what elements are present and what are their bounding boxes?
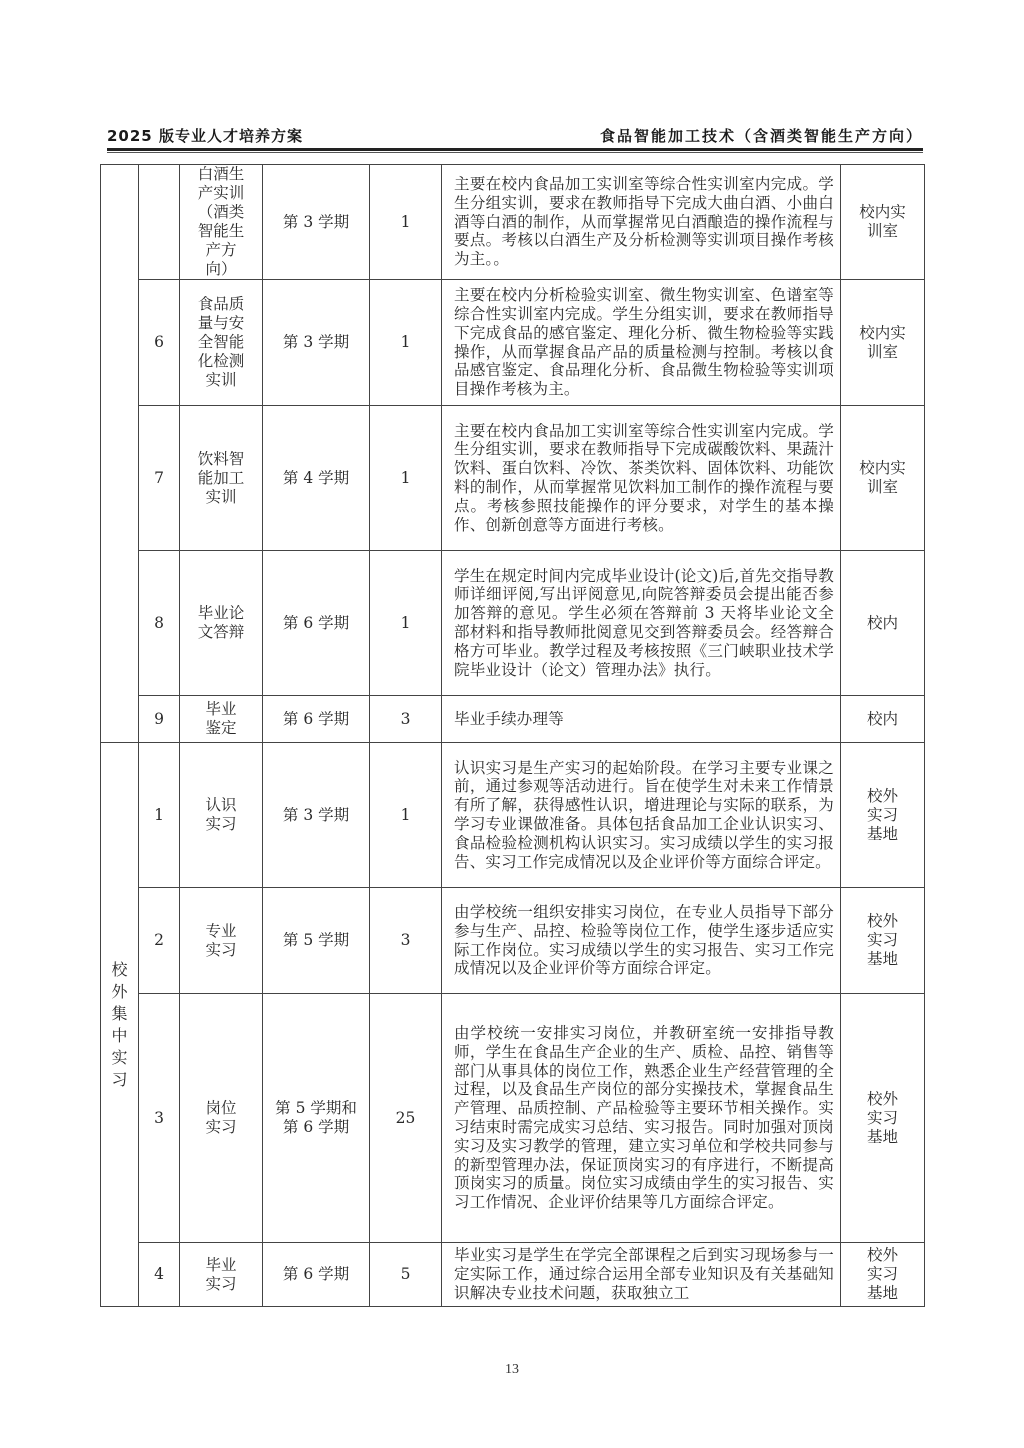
- semester: 第 3 学期: [263, 165, 370, 280]
- location: 校外实习基地: [841, 888, 925, 994]
- semester: 第 6 学期: [263, 551, 370, 696]
- course-name: 毕业鉴定: [180, 696, 263, 743]
- row-number: 7: [139, 406, 180, 551]
- table-row: 白酒生产实训（酒类智能生产方向） 第 3 学期 1 主要在校内食品加工实训室等综…: [101, 165, 925, 280]
- course-name: 毕业实习: [180, 1243, 263, 1307]
- semester: 第 5 学期和第 6 学期: [263, 994, 370, 1243]
- location: 校外实习基地: [841, 743, 925, 888]
- category-cell: 校外集中实习: [101, 743, 139, 1307]
- table-row: 4 毕业实习 第 6 学期 5 毕业实习是学生在学完全部课程之后到实习现场参与一…: [101, 1243, 925, 1307]
- weeks: 3: [370, 888, 442, 994]
- table-row: 3 岗位实习 第 5 学期和第 6 学期 25 由学校统一安排实习岗位，并教研室…: [101, 994, 925, 1243]
- row-number: [139, 165, 180, 280]
- semester: 第 6 学期: [263, 696, 370, 743]
- table-row: 8 毕业论文答辩 第 6 学期 1 学生在规定时间内完成毕业设计(论文)后,首先…: [101, 551, 925, 696]
- semester: 第 5 学期: [263, 888, 370, 994]
- category-cell: [101, 165, 139, 743]
- description: 认识实习是生产实习的起始阶段。在学习主要专业课之前，通过参观等活动进行。旨在使学…: [442, 743, 841, 888]
- description: 主要在校内分析检验实训室、微生物实训室、色谱室等综合性实训室内完成。学生分组实训…: [442, 280, 841, 406]
- header-rule: [107, 148, 923, 153]
- course-name: 饮料智能加工实训: [180, 406, 263, 551]
- weeks: 5: [370, 1243, 442, 1307]
- table-row: 7 饮料智能加工实训 第 4 学期 1 主要在校内食品加工实训室等综合性实训室内…: [101, 406, 925, 551]
- location: 校外实习基地: [841, 994, 925, 1243]
- weeks: 1: [370, 280, 442, 406]
- description: 毕业实习是学生在学完全部课程之后到实习现场参与一定实际工作，通过综合运用全部专业…: [442, 1243, 841, 1307]
- page-number: 13: [0, 1362, 1024, 1378]
- description: 由学校统一安排实习岗位，并教研室统一安排指导教师，学生在食品生产企业的生产、质检…: [442, 994, 841, 1243]
- course-name: 专业实习: [180, 888, 263, 994]
- location: 校内: [841, 696, 925, 743]
- table-row: 6 食品质量与安全智能化检测实训 第 3 学期 1 主要在校内分析检验实训室、微…: [101, 280, 925, 406]
- row-number: 8: [139, 551, 180, 696]
- course-name: 认识实习: [180, 743, 263, 888]
- location: 校内: [841, 551, 925, 696]
- header-program-title: 食品智能加工技术（含酒类智能生产方向）: [600, 125, 923, 146]
- weeks: 1: [370, 406, 442, 551]
- weeks: 1: [370, 743, 442, 888]
- weeks: 1: [370, 551, 442, 696]
- description: 毕业手续办理等: [442, 696, 841, 743]
- semester: 第 4 学期: [263, 406, 370, 551]
- description: 主要在校内食品加工实训室等综合性实训室内完成。学生分组实训，要求在教师指导下完成…: [442, 165, 841, 280]
- semester: 第 3 学期: [263, 743, 370, 888]
- location: 校内实训室: [841, 165, 925, 280]
- table-row: 2 专业实习 第 5 学期 3 由学校统一组织安排实习岗位，在专业人员指导下部分…: [101, 888, 925, 994]
- table-row: 9 毕业鉴定 第 6 学期 3 毕业手续办理等 校内: [101, 696, 925, 743]
- row-number: 1: [139, 743, 180, 888]
- description: 主要在校内食品加工实训室等综合性实训室内完成。学生分组实训，要求在教师指导下完成…: [442, 406, 841, 551]
- table-row: 校外集中实习 1 认识实习 第 3 学期 1 认识实习是生产实习的起始阶段。在学…: [101, 743, 925, 888]
- description: 由学校统一组织安排实习岗位，在专业人员指导下部分参与生产、品控、检验等岗位工作，…: [442, 888, 841, 994]
- header-document-title: 2025 版专业人才培养方案: [107, 125, 303, 146]
- course-name: 毕业论文答辩: [180, 551, 263, 696]
- weeks: 25: [370, 994, 442, 1243]
- location: 校内实训室: [841, 406, 925, 551]
- weeks: 1: [370, 165, 442, 280]
- page-header: 2025 版专业人才培养方案 食品智能加工技术（含酒类智能生产方向）: [107, 125, 923, 147]
- description: 学生在规定时间内完成毕业设计(论文)后,首先交指导教师详细评阅,写出评阅意见,向…: [442, 551, 841, 696]
- course-name: 岗位实习: [180, 994, 263, 1243]
- semester: 第 6 学期: [263, 1243, 370, 1307]
- course-name: 白酒生产实训（酒类智能生产方向）: [180, 165, 263, 280]
- row-number: 4: [139, 1243, 180, 1307]
- location: 校内实训室: [841, 280, 925, 406]
- row-number: 2: [139, 888, 180, 994]
- row-number: 9: [139, 696, 180, 743]
- row-number: 6: [139, 280, 180, 406]
- location: 校外实习基地: [841, 1243, 925, 1307]
- weeks: 3: [370, 696, 442, 743]
- course-name: 食品质量与安全智能化检测实训: [180, 280, 263, 406]
- row-number: 3: [139, 994, 180, 1243]
- practice-plan-table: 白酒生产实训（酒类智能生产方向） 第 3 学期 1 主要在校内食品加工实训室等综…: [100, 164, 925, 1307]
- semester: 第 3 学期: [263, 280, 370, 406]
